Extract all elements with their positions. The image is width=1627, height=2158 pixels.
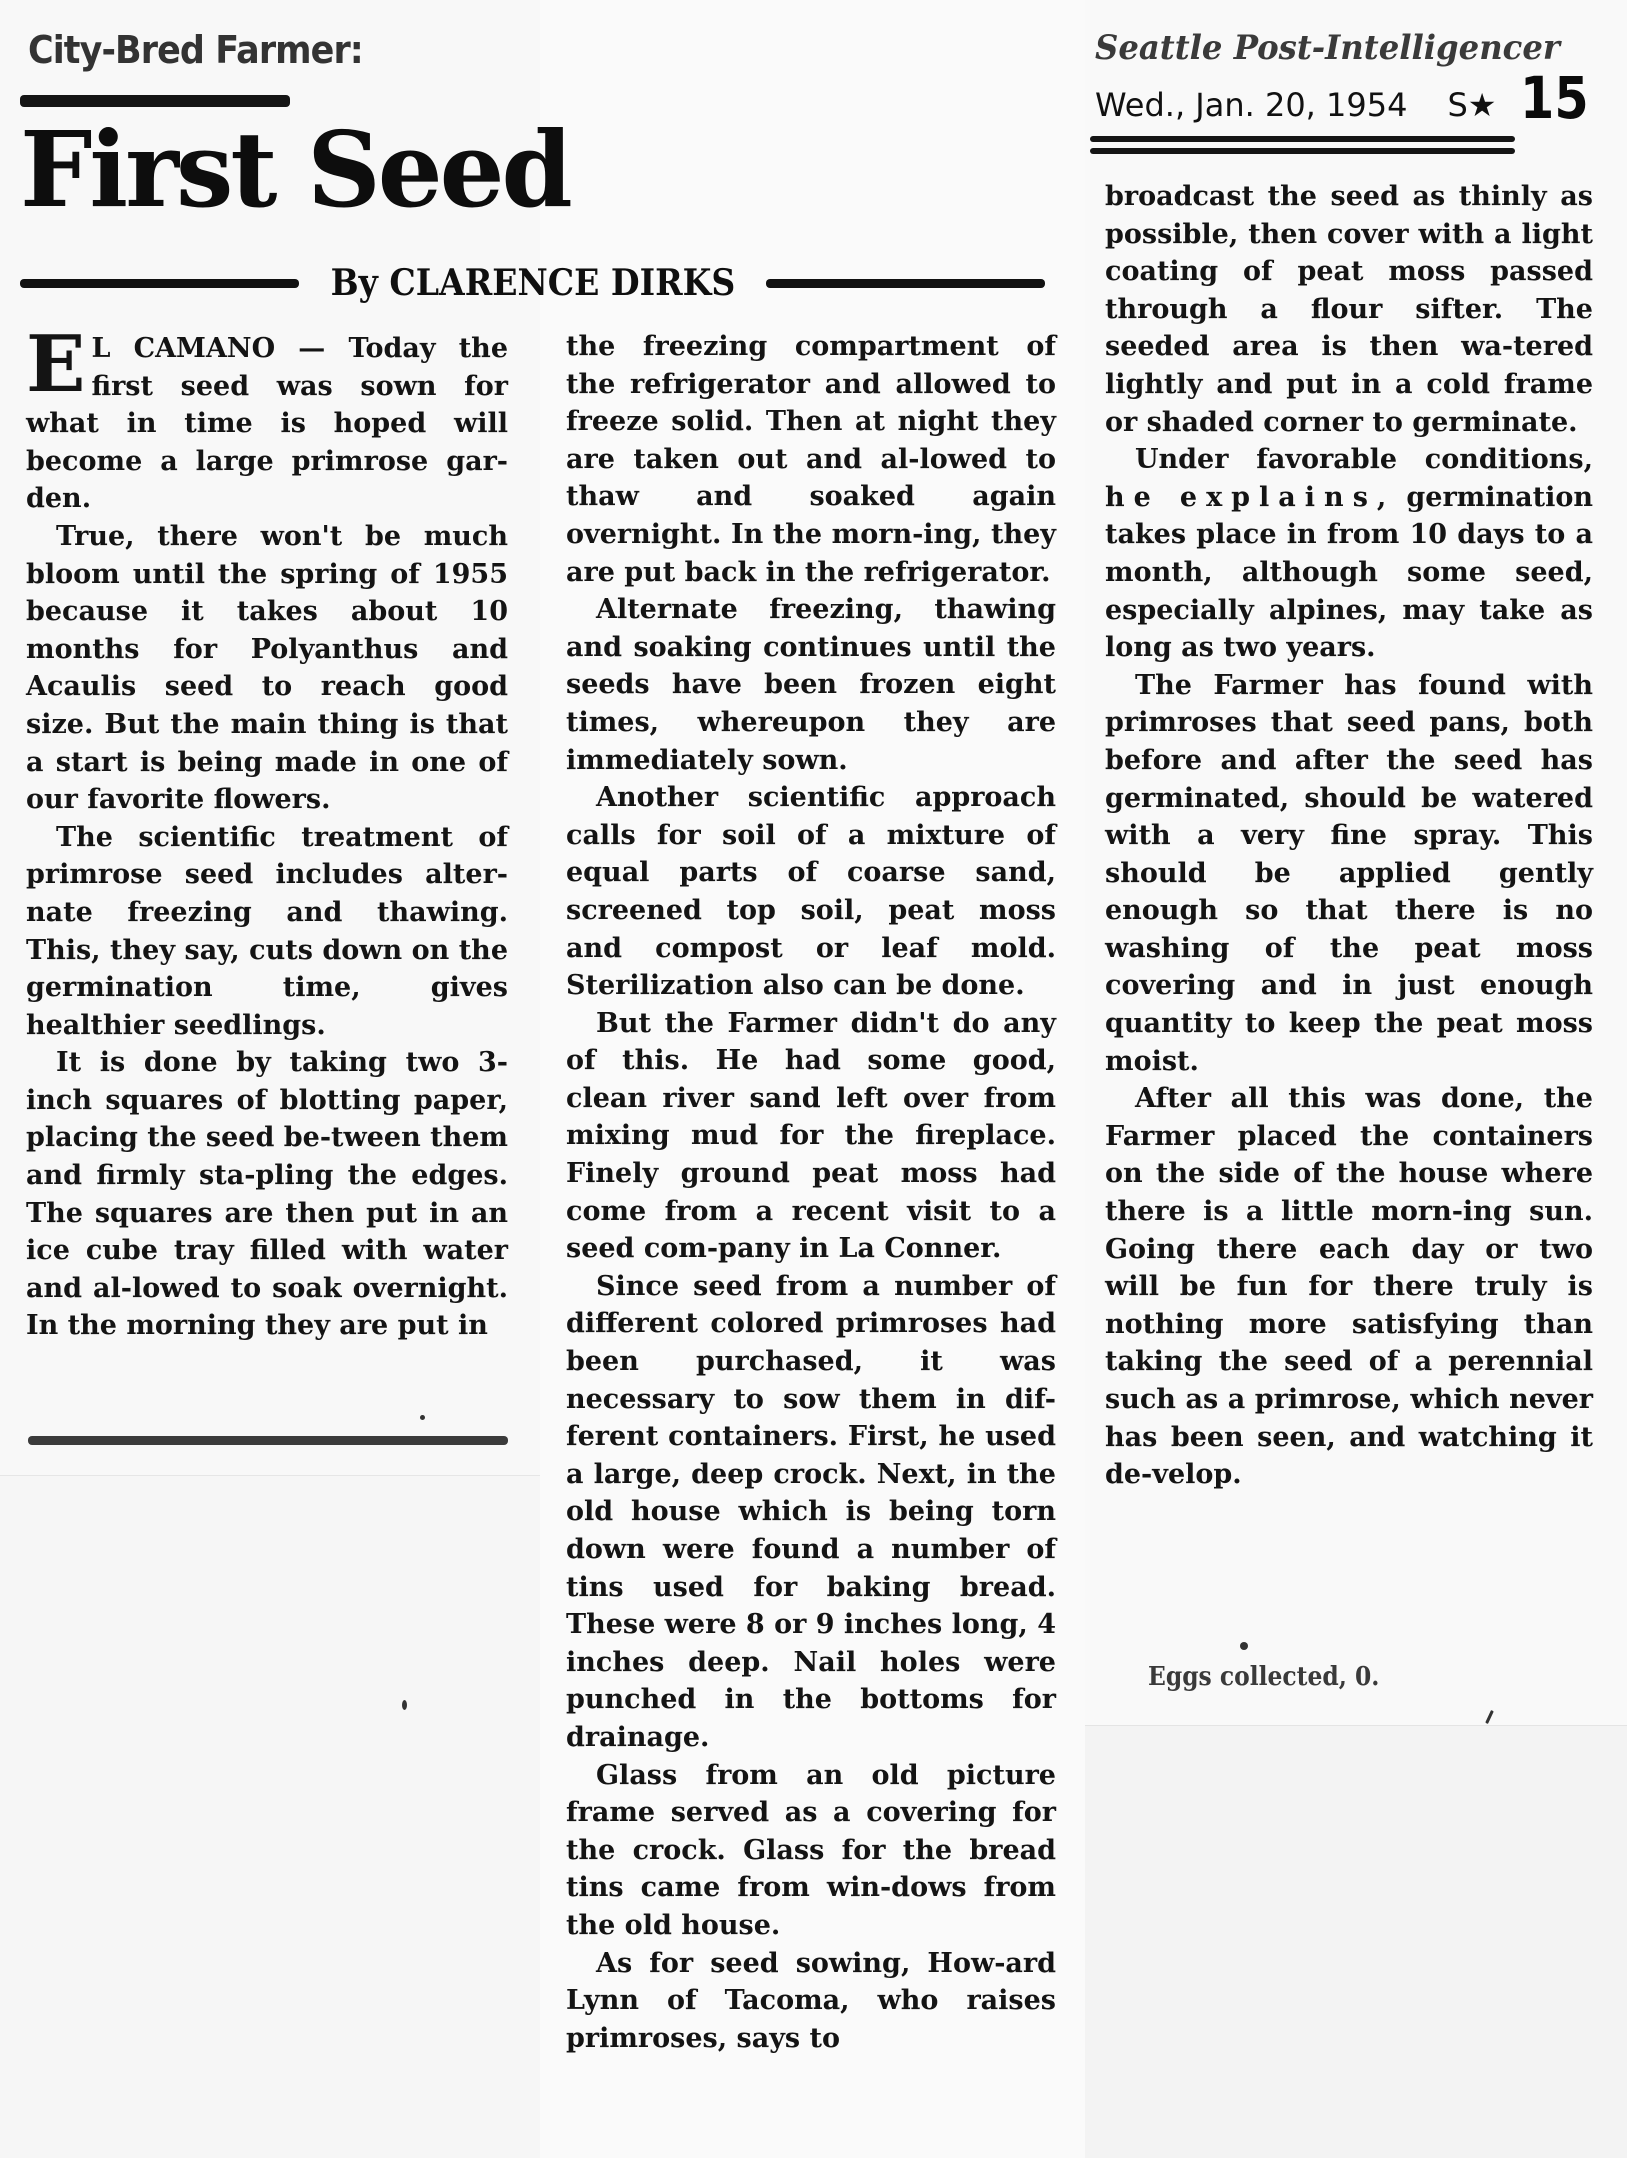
column-end-rule <box>28 1436 508 1445</box>
clipping-background-lower-right <box>1085 1725 1627 2158</box>
scan-speck <box>1240 1642 1248 1650</box>
spaced-text: he explains, <box>1105 482 1395 513</box>
footer-note: Eggs collected, 0. <box>1148 1662 1379 1692</box>
paragraph: True, there won't be much bloom until th… <box>26 518 508 819</box>
paragraph: the freezing compartment of the refriger… <box>566 328 1056 591</box>
dateline: L CAMANO — <box>91 333 348 364</box>
newspaper-name: Seattle Post-Intelligencer <box>1095 28 1589 68</box>
page-number: 15 <box>1521 72 1590 124</box>
byline-row: By CLARENCE DIRKS <box>20 258 1045 308</box>
paragraph: Under favorable conditions, he explains,… <box>1105 441 1593 667</box>
article-column-1: EL CAMANO — Today the first seed was sow… <box>26 330 508 1345</box>
clipping-background-lower-left <box>0 1475 560 2158</box>
paragraph: Another scientific approach calls for so… <box>566 779 1056 1005</box>
paragraph: After all this was done, the Farmer plac… <box>1105 1080 1593 1494</box>
paragraph: EL CAMANO — Today the first seed was sow… <box>26 330 508 518</box>
edition-mark: S★ <box>1447 86 1496 124</box>
article-headline: First Seed <box>20 118 570 222</box>
paragraph: The scientific treatment of primrose see… <box>26 819 508 1045</box>
byline-rule-right <box>766 279 1045 288</box>
paragraph: broadcast the seed as thinly as possible… <box>1105 178 1593 441</box>
masthead: Seattle Post-Intelligencer Wed., Jan. 20… <box>1095 28 1615 124</box>
paragraph: Glass from an old picture frame served a… <box>566 1757 1056 1945</box>
scan-speck <box>402 1700 407 1710</box>
paragraph: As for seed sowing, How-ard Lynn of Taco… <box>566 1945 1056 2058</box>
article-column-2: the freezing compartment of the refriger… <box>566 328 1056 2057</box>
masthead-rule-bottom <box>1090 148 1515 154</box>
byline: By CLARENCE DIRKS <box>317 262 748 304</box>
paragraph: The Farmer has found with primroses that… <box>1105 667 1593 1081</box>
byline-rule-left <box>20 279 299 288</box>
paragraph-text: Under favorable conditions, <box>1135 444 1593 475</box>
date-row: Wed., Jan. 20, 1954 S★ 15 <box>1095 72 1615 124</box>
paragraph: It is done by taking two 3-inch squares … <box>26 1044 508 1345</box>
paragraph: Alternate freezing, thawing and soaking … <box>566 591 1056 779</box>
paragraph: But the Farmer didn't do any of this. He… <box>566 1005 1056 1268</box>
scan-speck <box>420 1415 425 1420</box>
article-kicker: City-Bred Farmer: <box>28 28 363 72</box>
paragraph: Since seed from a number of different co… <box>566 1268 1056 1757</box>
article-column-3: broadcast the seed as thinly as possible… <box>1105 178 1593 1494</box>
masthead-rule-top <box>1090 136 1515 142</box>
kicker-underline-rule <box>20 95 290 107</box>
drop-cap: E <box>26 334 85 396</box>
publication-date: Wed., Jan. 20, 1954 <box>1095 86 1407 124</box>
